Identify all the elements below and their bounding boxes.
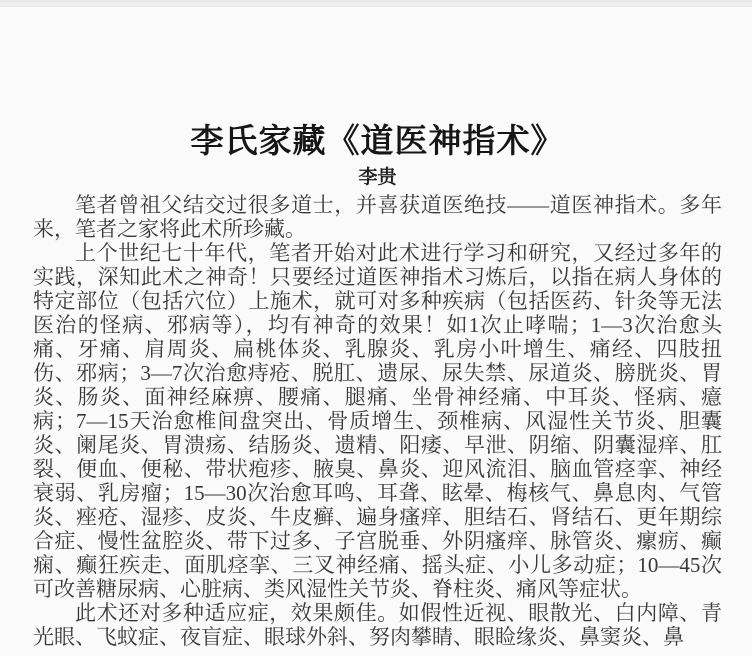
paragraph-indications: 此术还对多种适应症，效果颇佳。如假性近视、眼散光、白内障、青光眼、飞蚊症、夜盲症… [33,601,722,649]
document-content: 李氏家藏《道医神指术》 李贵 笔者曾祖父结交过很多道士，并喜获道医绝技——道医神… [0,0,752,649]
document-page: 李氏家藏《道医神指术》 李贵 笔者曾祖父结交过很多道士，并喜获道医绝技——道医神… [0,0,752,656]
paragraph-intro: 笔者曾祖父结交过很多道士，并喜获道医绝技——道医神指术。多年来，笔者之家将此术所… [33,193,722,241]
top-edge-strip [0,0,752,7]
page-title: 李氏家藏《道医神指术》 [33,124,722,160]
author-byline: 李贵 [33,167,722,188]
document-body: 笔者曾祖父结交过很多道士，并喜获道医绝技——道医神指术。多年来，笔者之家将此术所… [33,193,722,649]
paragraph-main: 上个世纪七十年代，笔者开始对此术进行学习和研究，又经过多年的实践，深知此术之神奇… [33,241,722,601]
